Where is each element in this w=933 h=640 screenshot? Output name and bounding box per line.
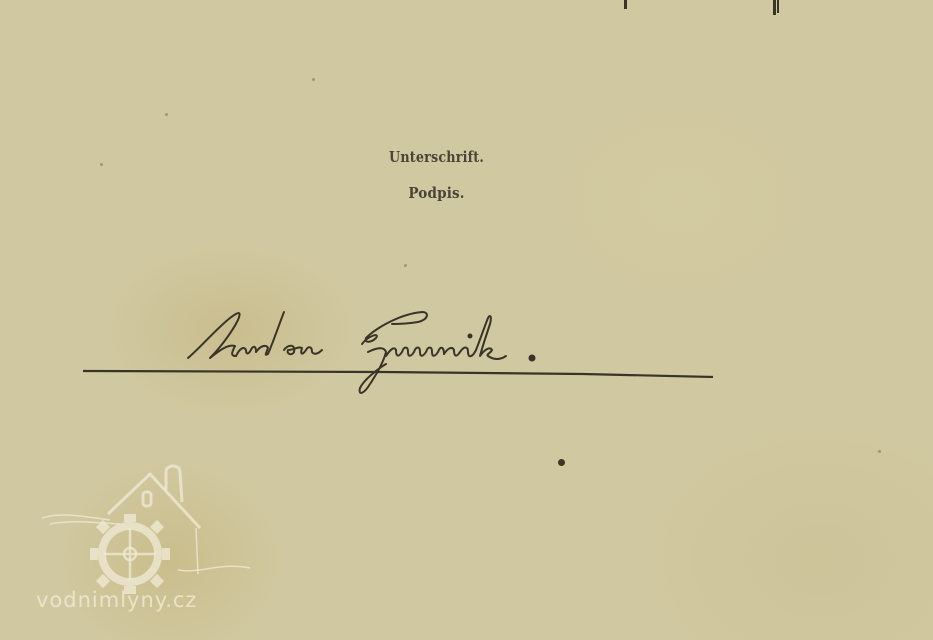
label-unterschrift: Unterschrift. — [65, 148, 807, 166]
ink-dot — [558, 459, 565, 466]
speck — [878, 450, 881, 453]
speck — [404, 264, 407, 267]
page-edge-tick-left — [624, 0, 627, 9]
watermark-text: vodnimlyny.cz — [36, 588, 197, 612]
label-podpis: Podpis. — [44, 184, 830, 202]
handwritten-signature: Anton Zimnik. — [180, 300, 640, 400]
page-edge-tick-right-double — [777, 0, 779, 13]
speck — [165, 113, 168, 116]
speck — [312, 78, 315, 81]
page-edge-tick-right — [773, 0, 776, 15]
